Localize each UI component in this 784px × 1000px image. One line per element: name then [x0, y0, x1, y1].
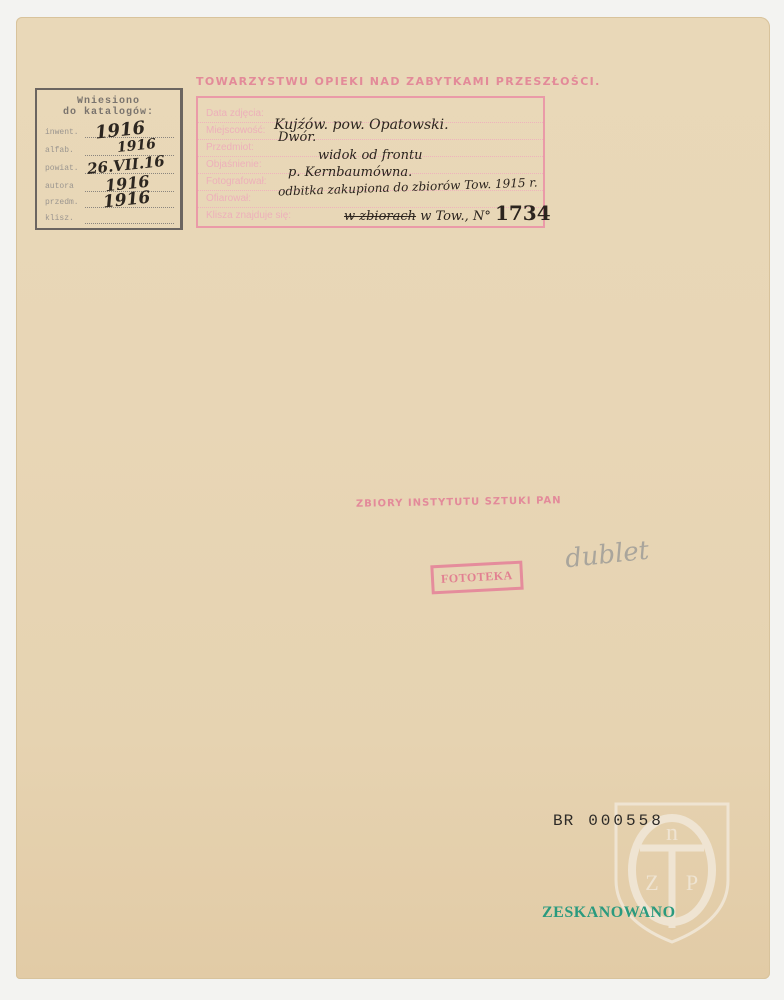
catalog-row-label: przedm.	[45, 198, 79, 207]
struck-text: w zbiorach	[344, 209, 416, 224]
dotted-line	[85, 223, 174, 224]
reference-code: 000558	[588, 812, 664, 830]
society-row-label: Klisza znajduje się:	[206, 210, 291, 221]
location-text: w Tow.,	[420, 209, 469, 224]
svg-text:Z: Z	[645, 870, 658, 895]
society-stamp-title: TOWARZYSTWU OPIEKI NAD ZABYTKAMI PRZESZŁ…	[196, 75, 601, 88]
svg-text:P: P	[686, 870, 698, 895]
society-row-value-struck: w zbiorach w Tow., N° 1734	[344, 201, 551, 225]
society-row-label: Data zdjęcia:	[206, 108, 264, 119]
plate-number: 1734	[495, 201, 551, 225]
society-row-value: p. Kernbaumówna.	[288, 165, 412, 180]
catalog-stamp: Wniesiono do katalogów: inwent. 1916 alf…	[35, 88, 183, 230]
society-row: Klisza znajduje się: w zbiorach w Tow., …	[198, 206, 543, 224]
catalog-row: klisz.	[37, 210, 180, 228]
society-row-label: Ofiarował:	[206, 193, 251, 204]
society-row-label: Przedmiot:	[206, 142, 254, 153]
society-row-label: Miejscowość:	[206, 125, 265, 136]
catalog-row: inwent. 1916	[37, 124, 180, 142]
catalog-heading-1: Wniesiono	[37, 96, 180, 107]
catalog-row-label: inwent.	[45, 128, 79, 137]
reference-prefix: BR	[553, 812, 574, 830]
scan-stamp: ZESKANOWANO	[542, 904, 676, 922]
reference-number: BR000558	[553, 812, 664, 830]
fototeka-stamp: FOTOTEKA	[430, 561, 523, 595]
society-row-value: widok od frontu	[318, 148, 423, 163]
catalog-row-label: autora	[45, 182, 74, 191]
catalog-heading-2: do katalogów:	[37, 107, 180, 118]
svg-text:n: n	[666, 820, 678, 846]
number-prefix: N°	[473, 209, 491, 224]
society-row-label: Fotografował:	[206, 176, 267, 187]
catalog-row-label: alfab.	[45, 146, 74, 155]
society-row-label: Objaśnienie:	[206, 159, 262, 170]
catalog-row-label: powiat.	[45, 164, 79, 173]
catalog-row-value: 1916	[102, 188, 151, 213]
catalog-row-label: klisz.	[45, 214, 74, 223]
society-stamp: Data zdjęcia: Miejscowość: Kujźów. pow. …	[196, 96, 545, 228]
society-row-value: Dwór.	[278, 130, 316, 145]
